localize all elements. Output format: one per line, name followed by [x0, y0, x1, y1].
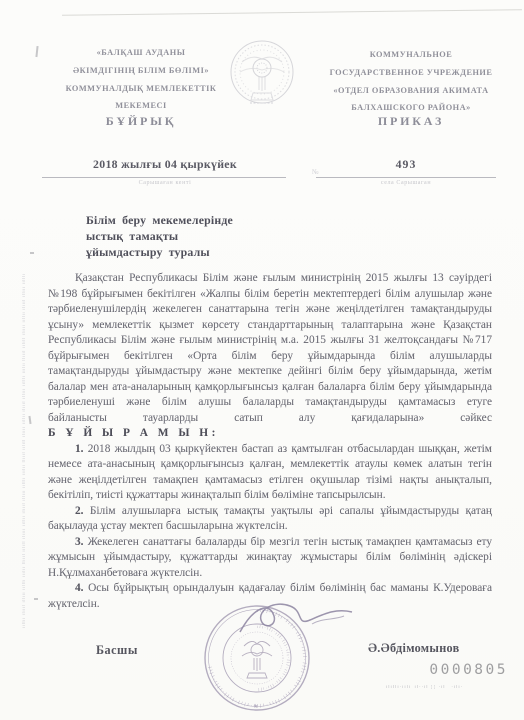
number-place-caption: села Сарышаган [318, 180, 494, 186]
doc-type-russian: ПРИКАЗ [320, 114, 502, 129]
doc-type-kazakh: БҰЙРЫҚ [50, 114, 232, 129]
order-body: Қазақстан Республикасы Білім және ғылым … [48, 271, 492, 612]
item-text: Жекелеген санаттағы балаларды бір мезгіл… [48, 536, 492, 579]
order-title: Білім беру мекемелерінде ыстық тамақты ұ… [86, 212, 346, 260]
date-underline [42, 177, 286, 178]
order-number: 493 [318, 157, 494, 172]
order-date: 2018 жылғы 04 қыркүйек [46, 157, 284, 172]
order-item: 3. Жекелеген санаттағы балаларды бір мез… [48, 535, 492, 582]
order-item: 2. Білім алушыларға ыстық тамақты уақтыл… [48, 504, 492, 535]
svg-text:ılıl·ıllı·lıll·ıllı·ılıl·lllı·: ılıl·ıllı·lıll·ıllı·ılıl·lllı·ıllı·ılıl·… [208, 608, 307, 708]
item-number: 4. [75, 582, 84, 594]
intro-text: Қазақстан Республикасы Білім және ғылым … [48, 272, 492, 424]
order-item: 1. 2018 жылдың 03 қыркүйектен бастап аз … [48, 442, 492, 504]
item-text: 2018 жылдың 03 қыркүйектен бастап аз қам… [48, 443, 492, 502]
scan-speck [34, 598, 38, 600]
round-seal-icon: ılıl·ıllı·lıll·ıllı·ılıl·lllı·ıllı·ılıl·… [192, 598, 362, 720]
signatory-name: Ә.Әбдімомынов [368, 641, 460, 656]
date-place-caption: Сарышаған кенті [46, 180, 284, 186]
stamp-microtext: ılıllı·ıılı˙ıl··ıl ¦¦ ·ıl ˙·ılı· [386, 685, 508, 690]
scan-edge-line [62, 9, 522, 16]
scanned-order-document: ııllıı ılıııl ıllııı ıılllı ııılıı llııı… [0, 0, 524, 720]
resolve-word: Б Ұ Й Ы Р А М Ы Н: [48, 427, 219, 439]
svg-text:ılı·llı·ıll·lıl·ılı·lll·ıll·ıl: ılı·llı·ıll·lıl·ılı·lll·ıll·ılı·llı·ıll [257, 624, 291, 692]
registration-stamp-number: 0000805 [398, 662, 508, 678]
signatory-position: Басшы [96, 643, 138, 658]
margin-microtext: ııllıı ılıııl ıllııı ıılllı ııılıı llııı… [22, 228, 34, 628]
item-text: Білім алушыларға ыстық тамақты уақтылы ә… [48, 505, 492, 533]
org-name-kazakh: «БАЛҚАШ АУДАНЫ ӘКІМДІГІНІҢ БІЛІМ БӨЛІМІ»… [50, 44, 232, 115]
item-number: 1. [75, 443, 84, 455]
state-emblem-icon [226, 38, 298, 114]
intro-paragraph: Қазақстан Республикасы Білім және ғылым … [48, 271, 492, 442]
scan-speck [35, 46, 38, 57]
item-number: 3. [75, 536, 84, 548]
number-underline [316, 177, 496, 178]
item-number: 2. [75, 505, 84, 517]
svg-text:★: ★ [253, 703, 258, 710]
org-name-russian: КОММУНАЛЬНОЕ ГОСУДАРСТВЕННОЕ УЧРЕЖДЕНИЕ … [320, 46, 502, 117]
